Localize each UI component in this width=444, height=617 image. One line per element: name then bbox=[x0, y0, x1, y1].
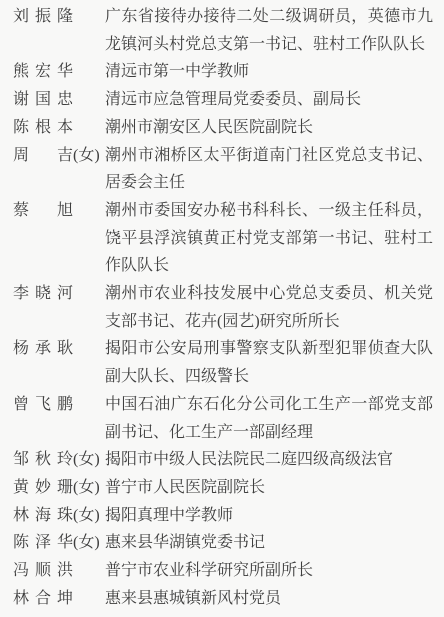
female-marker: (女) bbox=[73, 451, 100, 468]
roster-row: 曾飞鹏 中国石油广东石化分公司化工生产一部党支部副书记、化工生产一部副经理 bbox=[13, 391, 433, 446]
roster-row: 陈泽华(女) 惠来县华湖镇党委书记 bbox=[13, 529, 433, 557]
name-cell: 熊宏华 bbox=[13, 58, 105, 86]
female-marker: (女) bbox=[73, 147, 100, 164]
name-cell: 林海珠(女) bbox=[13, 502, 105, 530]
roster-row: 杨承耿 揭阳市公安局刑事警察支队新型犯罪侦查大队副大队长、四级警长 bbox=[13, 335, 433, 390]
roster-row: 刘振隆 广东省接待办接待二处二级调研员，英德市九龙镇河头村党总支第一书记、驻村工… bbox=[13, 3, 433, 58]
roster-row: 黄妙珊(女) 普宁市人民医院副院长 bbox=[13, 474, 433, 502]
person-name: 蔡旭 bbox=[13, 197, 73, 225]
name-cell: 林合坤 bbox=[13, 585, 105, 613]
person-title: 中国石油广东石化分公司化工生产一部党支部副书记、化工生产一部副经理 bbox=[105, 391, 433, 446]
person-name: 林海珠 bbox=[13, 502, 73, 530]
name-cell: 曾飞鹏 bbox=[13, 391, 105, 419]
person-name: 曾飞鹏 bbox=[13, 391, 73, 419]
female-marker: (女) bbox=[73, 479, 100, 496]
roster-row: 冯顺洪 普宁市农业科学研究所副所长 bbox=[13, 557, 433, 585]
name-cell: 冯顺洪 bbox=[13, 557, 105, 585]
person-name: 林合坤 bbox=[13, 585, 73, 613]
roster-row: 谢国忠 清远市应急管理局党委委员、副局长 bbox=[13, 86, 433, 114]
person-name: 杨承耿 bbox=[13, 335, 73, 363]
document-page: 刘振隆 广东省接待办接待二处二级调研员，英德市九龙镇河头村党总支第一书记、驻村工… bbox=[0, 0, 444, 617]
person-title: 潮州市潮安区人民医院副院长 bbox=[105, 114, 433, 142]
roster-row: 林海珠(女) 揭阳真理中学教师 bbox=[13, 502, 433, 530]
roster-row: 陈根本 潮州市潮安区人民医院副院长 bbox=[13, 114, 433, 142]
roster-row: 熊宏华 清远市第一中学教师 bbox=[13, 58, 433, 86]
person-name: 冯顺洪 bbox=[13, 557, 73, 585]
roster-row: 周吉(女) 潮州市湘桥区太平街道南门社区党总支书记、居委会主任 bbox=[13, 142, 433, 197]
person-name: 刘振隆 bbox=[13, 3, 73, 31]
name-cell: 邹秋玲(女) bbox=[13, 446, 105, 474]
name-cell: 周吉(女) bbox=[13, 142, 105, 170]
person-title: 揭阳市中级人民法院民二庭四级高级法官 bbox=[105, 446, 433, 474]
person-name: 谢国忠 bbox=[13, 86, 73, 114]
roster-row: 蔡旭 潮州市委国安办秘书科科长、一级主任科员，饶平县浮滨镇黄正村党支部第一书记、… bbox=[13, 197, 433, 280]
person-title: 潮州市湘桥区太平街道南门社区党总支书记、居委会主任 bbox=[105, 142, 433, 197]
person-name: 邹秋玲 bbox=[13, 446, 73, 474]
person-name: 周吉 bbox=[13, 142, 73, 170]
name-cell: 谢国忠 bbox=[13, 86, 105, 114]
person-title: 清远市应急管理局党委委员、副局长 bbox=[105, 86, 433, 114]
person-name: 李晓河 bbox=[13, 280, 73, 308]
person-title: 揭阳市公安局刑事警察支队新型犯罪侦查大队副大队长、四级警长 bbox=[105, 335, 433, 390]
person-title: 惠来县华湖镇党委书记 bbox=[105, 529, 433, 557]
person-title: 普宁市农业科学研究所副所长 bbox=[105, 557, 433, 585]
name-cell: 陈泽华(女) bbox=[13, 529, 105, 557]
person-title: 普宁市人民医院副院长 bbox=[105, 474, 433, 502]
person-title: 清远市第一中学教师 bbox=[105, 58, 433, 86]
name-cell: 蔡旭 bbox=[13, 197, 105, 225]
person-title: 潮州市农业科技发展中心党总支委员、机关党支部书记、花卉(园艺)研究所所长 bbox=[105, 280, 433, 335]
name-cell: 黄妙珊(女) bbox=[13, 474, 105, 502]
roster-row: 李晓河 潮州市农业科技发展中心党总支委员、机关党支部书记、花卉(园艺)研究所所长 bbox=[13, 280, 433, 335]
roster-row: 林合坤 惠来县惠城镇新风村党员 bbox=[13, 585, 433, 613]
person-title: 潮州市委国安办秘书科科长、一级主任科员，饶平县浮滨镇黄正村党支部第一书记、驻村工… bbox=[105, 197, 433, 280]
person-name: 陈泽华 bbox=[13, 529, 73, 557]
name-cell: 陈根本 bbox=[13, 114, 105, 142]
roster-list: 刘振隆 广东省接待办接待二处二级调研员，英德市九龙镇河头村党总支第一书记、驻村工… bbox=[13, 3, 433, 612]
female-marker: (女) bbox=[73, 534, 100, 551]
name-cell: 李晓河 bbox=[13, 280, 105, 308]
female-marker: (女) bbox=[73, 507, 100, 524]
name-cell: 刘振隆 bbox=[13, 3, 105, 31]
person-title: 揭阳真理中学教师 bbox=[105, 502, 433, 530]
person-title: 广东省接待办接待二处二级调研员，英德市九龙镇河头村党总支第一书记、驻村工作队队长 bbox=[105, 3, 433, 58]
name-cell: 杨承耿 bbox=[13, 335, 105, 363]
person-name: 熊宏华 bbox=[13, 58, 73, 86]
person-name: 黄妙珊 bbox=[13, 474, 73, 502]
roster-row: 邹秋玲(女) 揭阳市中级人民法院民二庭四级高级法官 bbox=[13, 446, 433, 474]
person-name: 陈根本 bbox=[13, 114, 73, 142]
person-title: 惠来县惠城镇新风村党员 bbox=[105, 585, 433, 613]
